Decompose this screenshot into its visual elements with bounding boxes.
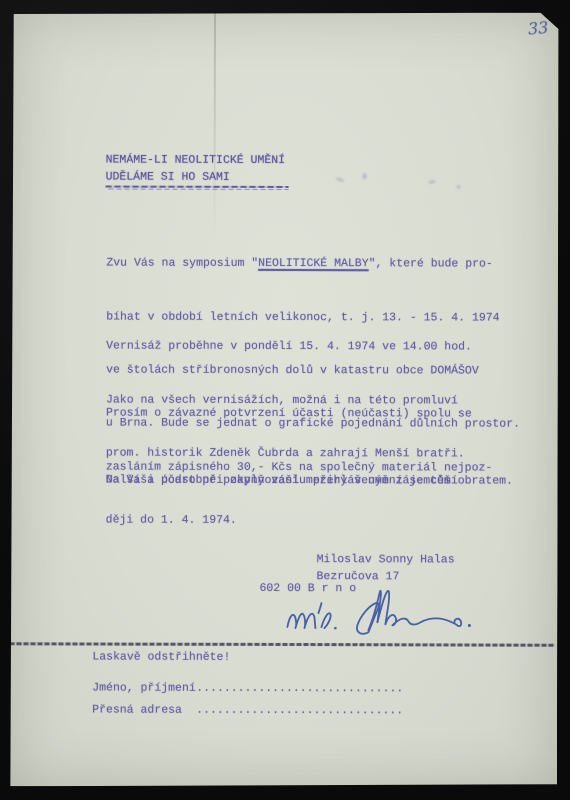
page-number: 33: [527, 18, 549, 39]
slip-address-row: Přesná adresa...........................…: [92, 701, 403, 720]
paragraph-line: Prosím o závazné potvrzení účasti (neúča…: [106, 405, 493, 424]
cut-here-dashed-line: [9, 642, 555, 646]
ink-smudge: [457, 185, 461, 188]
slip-name-label: Jméno, příjmení: [92, 679, 196, 697]
symposium-name: NEOLITICKÉ MALBY: [258, 257, 368, 270]
handwritten-signature: [271, 580, 481, 643]
slip-address-dotted-line: ..............................: [196, 704, 403, 718]
ink-smudge: [363, 173, 367, 179]
paragraph-line: Vernisáž proběhne v pondělí 15. 4. 1974 …: [106, 338, 472, 357]
slip-name-row: Jméno, příjmení.........................…: [92, 679, 403, 698]
ink-smudge: [335, 177, 344, 183]
closing-line: Na Vaši účast při zaplňování mezery v um…: [106, 472, 458, 491]
slip-name-dotted-line: ..............................: [196, 682, 403, 696]
line-suffix: ", které bude pro-: [369, 258, 493, 271]
line-prefix: Zvu Vás na symposium ": [106, 257, 258, 270]
letter-page: 33 NEMÁME-LI NEOLITICKÉ UMĚNÍ UDĚLÁME SI…: [9, 11, 559, 787]
letter-title-line2: UDĚLÁME SI HO SAMI: [106, 169, 230, 187]
slip-instruction: Laskavě odstřihněte!: [92, 648, 230, 666]
scan-background: 33 NEMÁME-LI NEOLITICKÉ UMĚNÍ UDĚLÁME SI…: [0, 0, 570, 800]
paragraph-line: Zvu Vás na symposium "NEOLITICKÉ MALBY",…: [106, 255, 520, 274]
ink-smudge: [428, 180, 435, 184]
title-underline: [106, 186, 289, 191]
sender-name: Miloslav Sonny Halas: [317, 551, 455, 569]
slip-address-label: Přesná adresa: [92, 701, 196, 719]
paper-fold-crease: [213, 12, 216, 242]
letter-title-line1: NEMÁME-LI NEOLITICKÉ UMĚNÍ: [106, 152, 285, 170]
